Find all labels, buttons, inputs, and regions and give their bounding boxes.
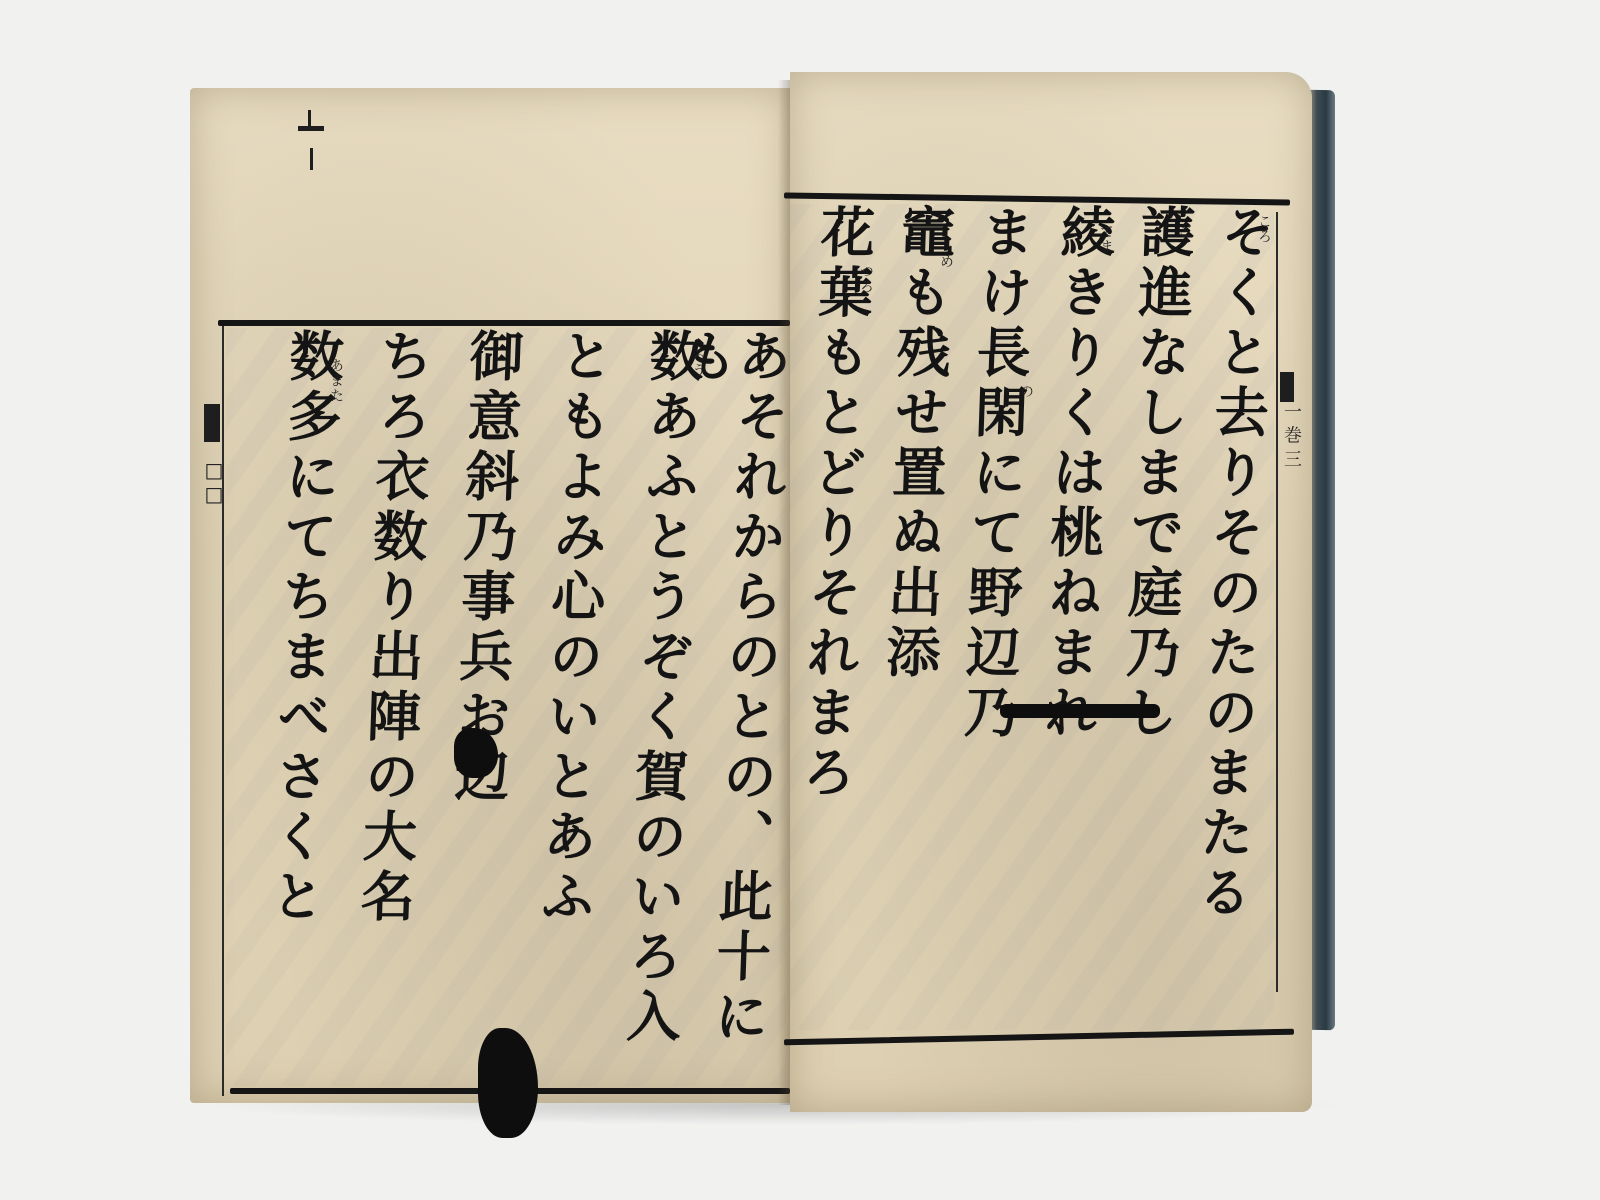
- margin-tab-mark: [1280, 372, 1294, 402]
- right-margin-label: 一 巻 三: [1278, 402, 1304, 467]
- furigana: の: [1016, 384, 1036, 399]
- furigana: ろう: [688, 348, 708, 378]
- right-page: 一 巻 三 そくと去りそのたのまたる ころ 護進なしまで庭乃し ご 綾きりくは桃…: [790, 72, 1312, 1112]
- text-column: そくと去りそのたのまたる: [1190, 204, 1273, 1030]
- right-text-block: そくと去りそのたのまたる ころ 護進なしまで庭乃し ご 綾きりくは桃ねまれ てま…: [790, 204, 1274, 1030]
- ink-smudge: [454, 728, 498, 778]
- bottom-border-rule: [784, 1029, 1294, 1046]
- text-column: ともよみ心のいとあふ: [531, 328, 611, 1086]
- left-text-block: あそれからのとの、此十にも 数あふとうぞく賀のいろ入 ろう ともよみ心のいとあふ…: [226, 328, 786, 1086]
- text-column: 護進なしまで庭乃し: [1110, 204, 1193, 1030]
- text-column: まけ長閑にて野辺乃: [950, 204, 1033, 1030]
- ink-smudge: [478, 1028, 538, 1138]
- furigana: ご: [1174, 224, 1194, 239]
- register-mark: [310, 148, 313, 170]
- margin-tab-mark: [204, 404, 220, 442]
- text-column: 花葉もとどりそれまろ: [790, 204, 873, 1030]
- text-column: ちろ衣数り出陣の大名: [351, 328, 431, 1086]
- top-border-rule: [218, 320, 790, 326]
- left-border-line: [222, 326, 224, 1096]
- furigana: あまた: [326, 358, 346, 403]
- left-page: □□ あそれからのとの、此十にも 数あふとうぞく賀のいろ入 ろう ともよみ心のい…: [190, 88, 790, 1103]
- text-column: 数多にてちまべさくと: [261, 328, 341, 1086]
- furigana: ころ: [1254, 214, 1274, 244]
- furigana: てま: [1096, 224, 1116, 254]
- register-mark: [298, 126, 324, 131]
- ink-smudge: [1000, 704, 1160, 718]
- furigana: め: [936, 254, 956, 269]
- furigana: つろ: [856, 264, 876, 294]
- text-column: 竈も残せ置ぬ出添: [870, 204, 953, 1030]
- text-column: 綾きりくは桃ねまれ: [1030, 204, 1113, 1030]
- text-column: 御意斜乃事兵お辺: [441, 328, 521, 1086]
- right-border-line: [1276, 212, 1278, 992]
